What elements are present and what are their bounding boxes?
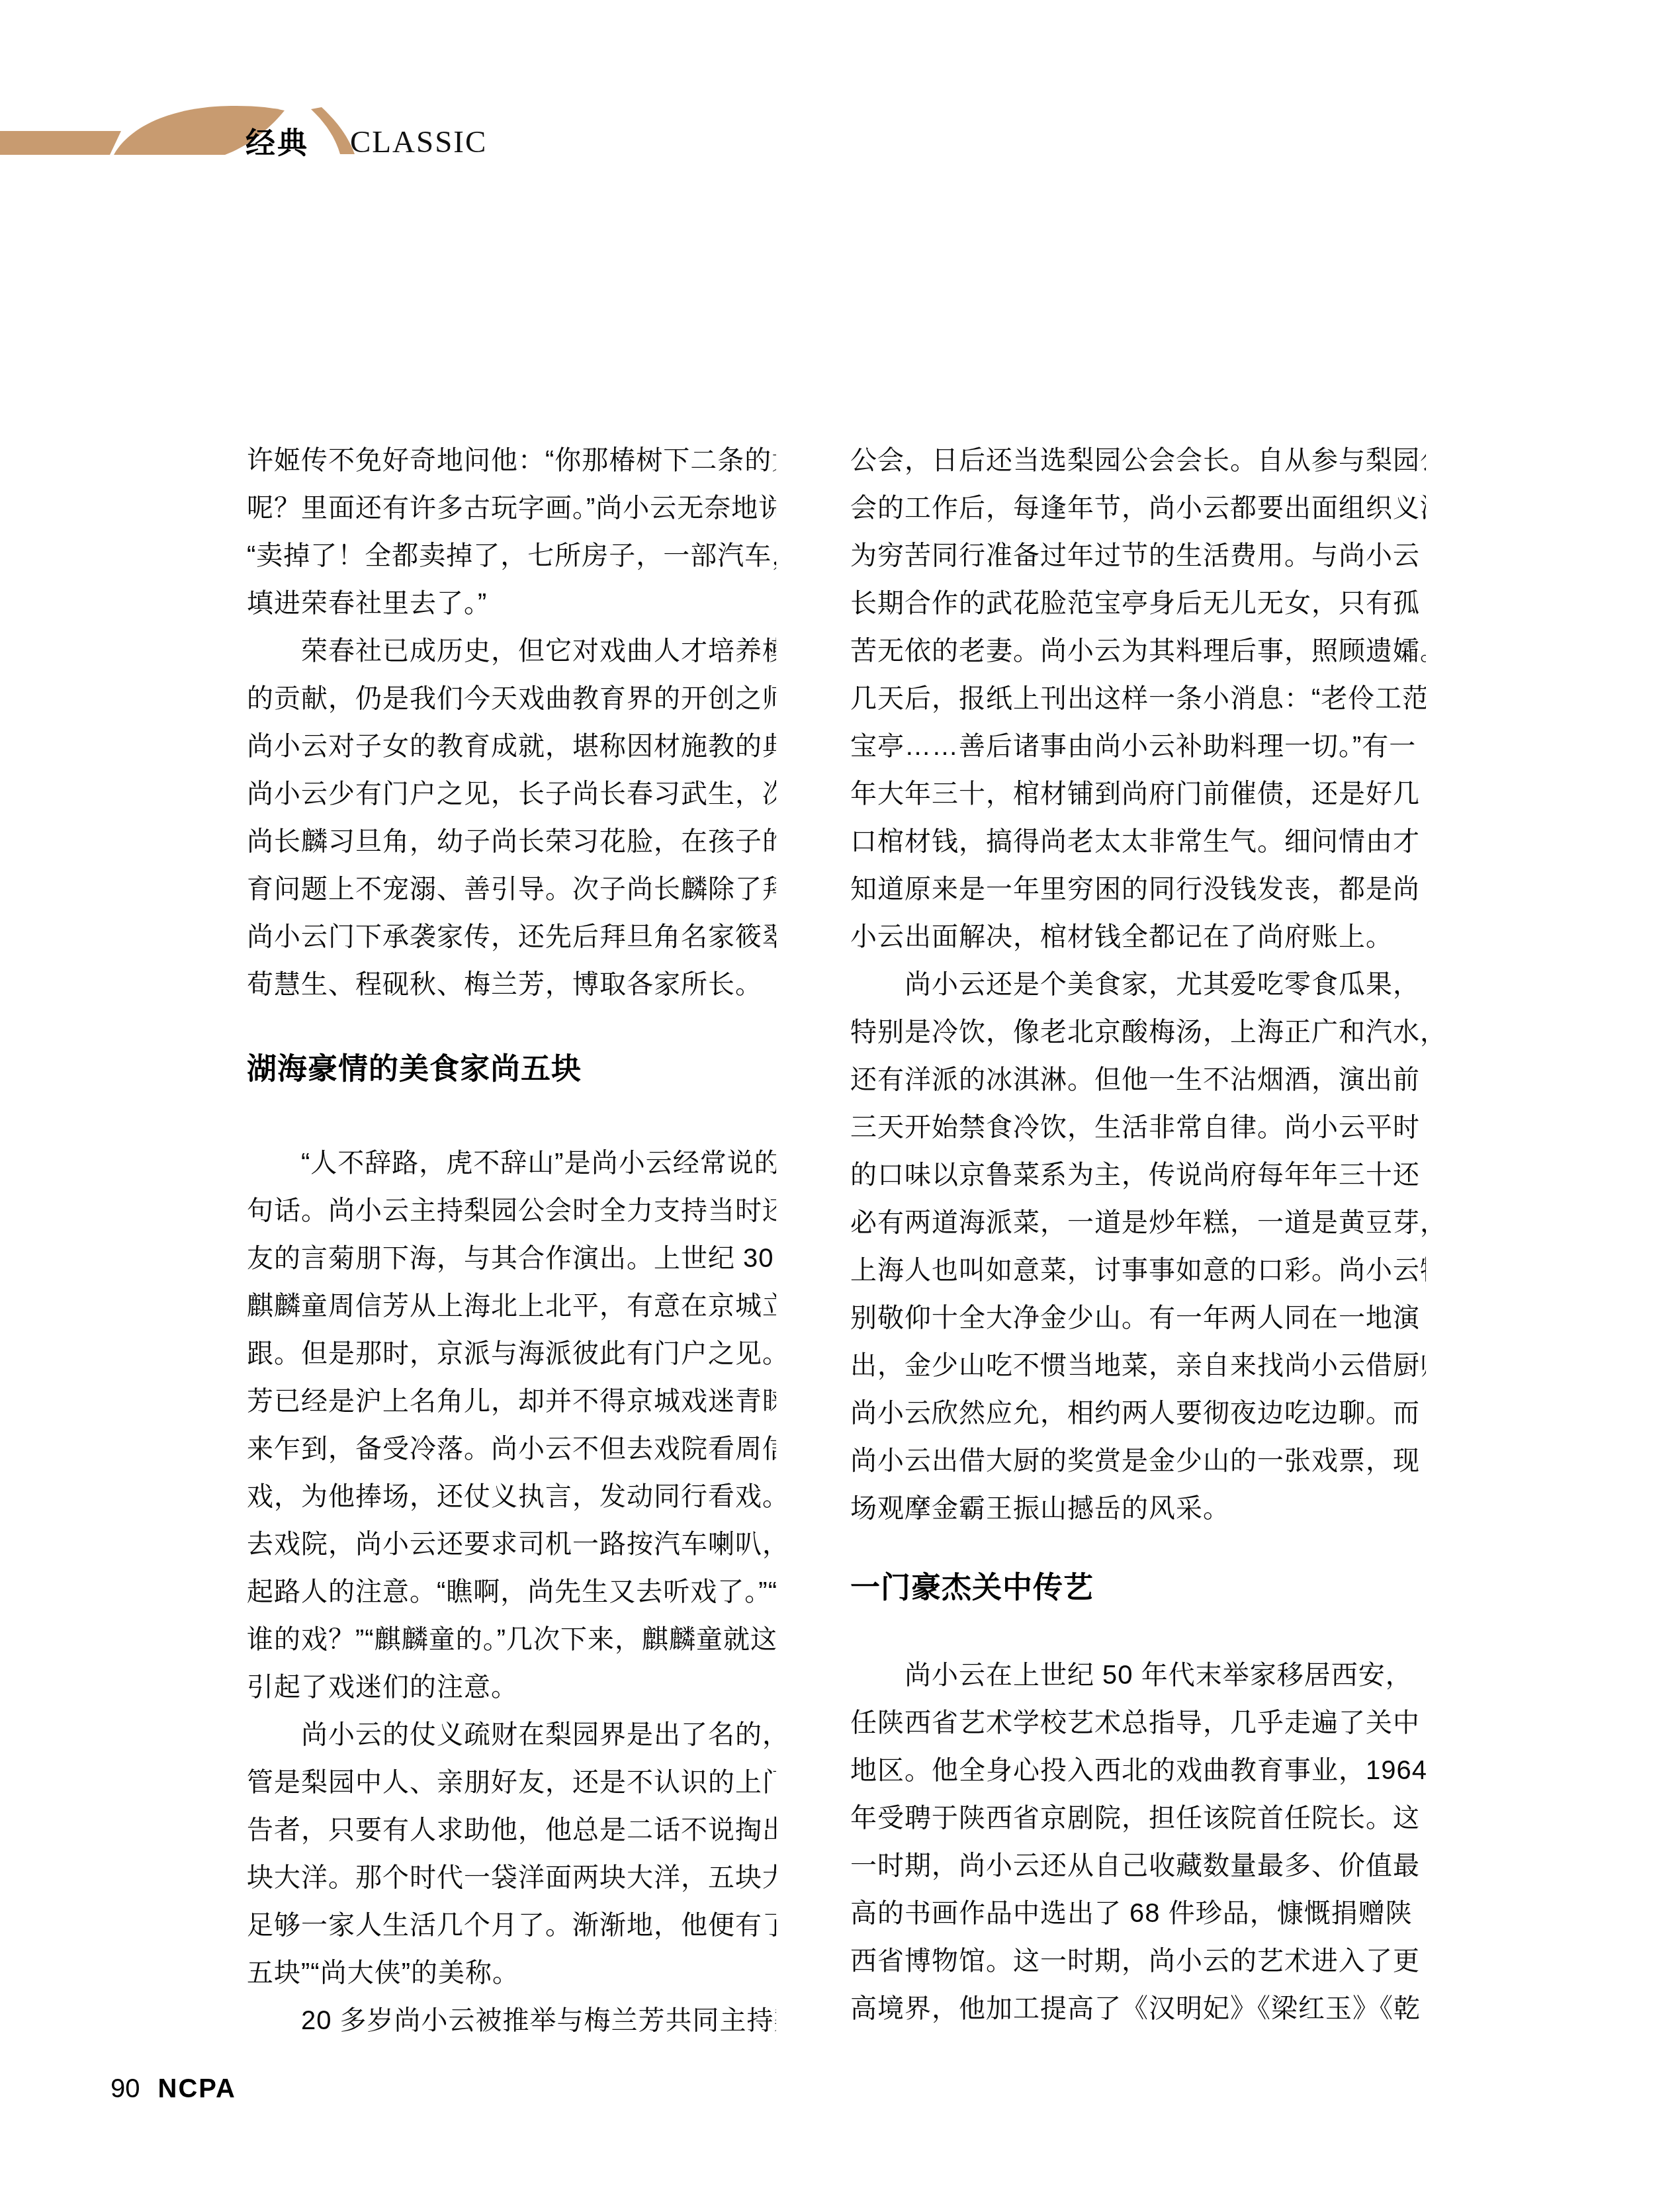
page-number: 90 [111, 2072, 140, 2105]
text-line: 尚小云出借大厨的奖赏是金少山的一张戏票，现 [850, 1437, 1426, 1485]
header-tail-swoosh-shape [311, 107, 355, 154]
text-line: 西省博物馆。这一时期，尚小云的艺术进入了更 [850, 1937, 1426, 1985]
text-line: 年受聘于陕西省京剧院，担任该院首任院长。这 [850, 1794, 1426, 1842]
paragraph: 荣春社已成历史，但它对戏曲人才培养模式的贡献，仍是我们今天戏曲教育界的开创之师。… [247, 627, 776, 1008]
text-line: 尚小云少有门户之见，长子尚长春习武生，次子 [247, 770, 776, 818]
text-line: 高的书画作品中选出了 68 件珍品，慷慨捐赠陕 [850, 1890, 1426, 1937]
left-column: 许姬传不免好奇地问他：“你那椿树下二条的大宅呢？里面还有许多古玩字画。”尚小云无… [247, 437, 776, 2044]
paragraph: 尚小云还是个美食家，尤其爱吃零食瓜果，特别是冷饮，像老北京酸梅汤，上海正广和汽水… [850, 961, 1426, 1532]
text-line: 一时期，尚小云还从自己收藏数量最多、价值最 [850, 1842, 1426, 1890]
text-line: 管是梨园中人、亲朋好友，还是不认识的上门求 [247, 1759, 776, 1806]
text-line: 友的言菊朋下海，与其合作演出。上世纪 30 年代， [247, 1235, 776, 1282]
text-line: 知道原来是一年里穷困的同行没钱发丧，都是尚 [850, 865, 1426, 913]
text-line: 麒麟童周信芳从上海北上北平，有意在京城立稳脚 [247, 1282, 776, 1330]
text-line: 尚小云的仗义疏财在梨园界是出了名的，不 [247, 1711, 776, 1759]
text-line: 尚小云还是个美食家，尤其爱吃零食瓜果， [850, 961, 1426, 1008]
text-line: 尚小云门下承袭家传，还先后拜旦角名家筱翠花、 [247, 913, 776, 961]
right-column: 公会，日后还当选梨园公会会长。自从参与梨园公会的工作后，每逢年节，尚小云都要出面… [850, 437, 1426, 2033]
text-line: 公会，日后还当选梨园公会会长。自从参与梨园公 [850, 437, 1426, 484]
text-line: 足够一家人生活几个月了。渐渐地，他便有了“尚 [247, 1902, 776, 1949]
text-line: 别敬仰十全大净金少山。有一年两人同在一地演 [850, 1294, 1426, 1342]
text-line: 荀慧生、程砚秋、梅兰芳，博取各家所长。 [247, 961, 776, 1008]
text-line: 场观摩金霸王振山撼岳的风采。 [850, 1485, 1426, 1532]
text-line: 起路人的注意。“瞧啊，尚先生又去听戏了。”“听 [247, 1568, 776, 1616]
text-line: 宝亭……善后诸事由尚小云补助料理一切。”有一 [850, 722, 1426, 770]
text-line: 芳已经是沪上名角儿，却并不得京城戏迷青睐，初 [247, 1378, 776, 1425]
text-line: “人不辞路，虎不辞山”是尚小云经常说的一 [247, 1139, 776, 1187]
section-heading-legacy: 一门豪杰关中传艺 [850, 1564, 1426, 1612]
text-line: 五块”“尚大侠”的美称。 [247, 1949, 776, 1997]
text-line: 荣春社已成历史，但它对戏曲人才培养模式 [247, 627, 776, 675]
text-line: 特别是冷饮，像老北京酸梅汤，上海正广和汽水， [850, 1008, 1426, 1056]
header-bar-shape [0, 131, 121, 155]
text-line: 为穷苦同行准备过年过节的生活费用。与尚小云 [850, 532, 1426, 580]
paragraph-continuation: 许姬传不免好奇地问他：“你那椿树下二条的大宅呢？里面还有许多古玩字画。”尚小云无… [247, 437, 776, 627]
text-line: 跟。但是那时，京派与海派彼此有门户之见。周信 [247, 1330, 776, 1378]
text-line: 还有洋派的冰淇淋。但他一生不沾烟酒，演出前 [850, 1056, 1426, 1104]
text-line: 高境界，他加工提高了《汉明妃》《梁红玉》《乾 [850, 1985, 1426, 2033]
text-line: 会的工作后，每逢年节，尚小云都要出面组织义演， [850, 484, 1426, 532]
text-line: 引起了戏迷们的注意。 [247, 1663, 776, 1711]
text-line: 谁的戏？”“麒麟童的。”几次下来，麒麟童就这样 [247, 1616, 776, 1663]
paragraph: 尚小云的仗义疏财在梨园界是出了名的，不管是梨园中人、亲朋好友，还是不认识的上门求… [247, 1711, 776, 1997]
text-line: 任陕西省艺术学校艺术总指导，几乎走遍了关中 [850, 1699, 1426, 1747]
text-line: 地区。他全身心投入西北的戏曲教育事业，1964 [850, 1747, 1426, 1794]
text-line: 尚长麟习旦角，幼子尚长荣习花脸，在孩子的教 [247, 818, 776, 865]
text-line: 上海人也叫如意菜，讨事事如意的口彩。尚小云特 [850, 1247, 1426, 1294]
paragraph: 20 多岁尚小云被推举与梅兰芳共同主持梨园 [247, 1997, 776, 2044]
text-line: 来乍到，备受冷落。尚小云不但去戏院看周信芳的 [247, 1425, 776, 1473]
text-line: 口棺材钱，搞得尚老太太非常生气。细问情由才 [850, 818, 1426, 865]
page-footer: 90 NCPA [111, 2072, 236, 2105]
text-line: 尚小云欣然应允，相约两人要彻夜边吃边聊。而 [850, 1389, 1426, 1437]
text-line: 几天后，报纸上刊出这样一条小消息：“老伶工范 [850, 675, 1426, 722]
journal-name: NCPA [158, 2072, 236, 2105]
text-line: 许姬传不免好奇地问他：“你那椿树下二条的大宅 [247, 437, 776, 484]
section-title-en: CLASSIC [350, 124, 487, 160]
paragraph-continuation: 公会，日后还当选梨园公会会长。自从参与梨园公会的工作后，每逢年节，尚小云都要出面… [850, 437, 1426, 961]
text-line: 出，金少山吃不惯当地菜，亲自来找尚小云借厨师。 [850, 1342, 1426, 1389]
text-line: 苦无依的老妻。尚小云为其料理后事，照顾遗孀。 [850, 627, 1426, 675]
text-line: 20 多岁尚小云被推举与梅兰芳共同主持梨园 [247, 1997, 776, 2044]
text-line: 尚小云对子女的教育成就，堪称因材施教的典范。 [247, 722, 776, 770]
section-title-cn: 经典 [245, 127, 309, 160]
section-heading-foodie: 湖海豪情的美食家尚五块 [247, 1045, 776, 1093]
paragraph: 尚小云在上世纪 50 年代末举家移居西安，任陕西省艺术学校艺术总指导，几乎走遍了… [850, 1651, 1426, 2033]
text-line: 填进荣春社里去了。” [247, 580, 776, 627]
paragraph: “人不辞路，虎不辞山”是尚小云经常说的一句话。尚小云主持梨园公会时全力支持当时还… [247, 1139, 776, 1711]
text-line: 句话。尚小云主持梨园公会时全力支持当时还是票 [247, 1187, 776, 1235]
text-line: 块大洋。那个时代一袋洋面两块大洋，五块大洋 [247, 1854, 776, 1902]
text-line: 必有两道海派菜，一道是炒年糕，一道是黄豆芽， [850, 1199, 1426, 1247]
text-line: 年大年三十，棺材铺到尚府门前催债，还是好几 [850, 770, 1426, 818]
text-line: 三天开始禁食冷饮，生活非常自律。尚小云平时 [850, 1104, 1426, 1151]
text-line: 尚小云在上世纪 50 年代末举家移居西安， [850, 1651, 1426, 1699]
text-line: 的贡献，仍是我们今天戏曲教育界的开创之师。而 [247, 675, 776, 722]
text-line: “卖掉了！全都卖掉了，七所房子，一部汽车，都 [247, 532, 776, 580]
text-line: 育问题上不宠溺、善引导。次子尚长麟除了拜在 [247, 865, 776, 913]
text-line: 呢？里面还有许多古玩字画。”尚小云无奈地说： [247, 484, 776, 532]
text-line: 告者，只要有人求助他，他总是二话不说掏出五 [247, 1806, 776, 1854]
text-line: 戏，为他捧场，还仗义执言，发动同行看戏。每次 [247, 1473, 776, 1520]
text-line: 长期合作的武花脸范宝亭身后无儿无女，只有孤 [850, 580, 1426, 627]
text-line: 去戏院，尚小云还要求司机一路按汽车喇叭，好引 [247, 1520, 776, 1568]
text-line: 小云出面解决，棺材钱全都记在了尚府账上。 [850, 913, 1426, 961]
text-line: 的口味以京鲁菜系为主，传说尚府每年年三十还 [850, 1151, 1426, 1199]
